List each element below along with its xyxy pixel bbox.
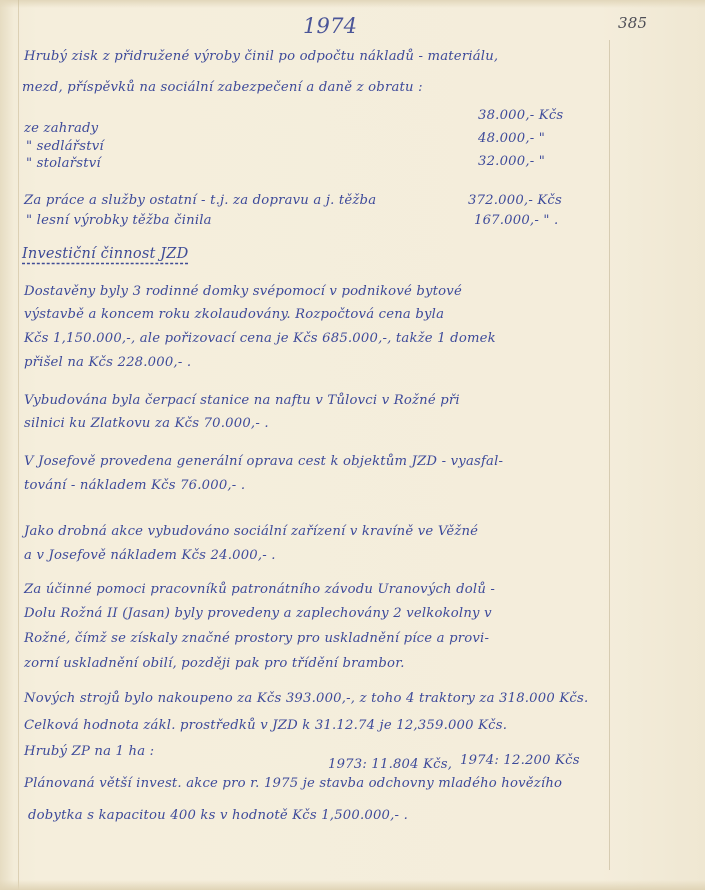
right-margin-rule	[609, 40, 610, 870]
profit-label-joinery: " stolařství	[26, 155, 101, 172]
page-year-heading: 1974	[303, 14, 357, 38]
para-sheds-line-3: Rožné, čímž se získaly značné prostory p…	[24, 630, 489, 647]
para-social-line-2: a v Josefově nákladem Kčs 24.000,- .	[24, 547, 276, 564]
service-label-forestry: " lesní výrobky těžba činila	[26, 212, 212, 229]
section-heading-investment: Investiční činnost JZD	[22, 246, 188, 262]
para-gross-label: Hrubý ZP na 1 ha :	[24, 743, 154, 760]
service-amount-forestry: 167.000,- " .	[474, 212, 558, 229]
para-assets-line: Celková hodnota zákl. prostředků v JZD k…	[24, 717, 507, 734]
para-plan-line-2: dobytka s kapacitou 400 ks v hodnotě Kčs…	[28, 807, 408, 824]
para-houses-line-3: Kčs 1,150.000,-, ale pořizovací cena je …	[24, 330, 496, 347]
profit-label-saddlery: " sedlářství	[26, 138, 104, 155]
para-houses-line-2: výstavbě a koncem roku zkolaudovány. Roz…	[24, 306, 444, 323]
intro-line-2: mezd, příspěvků na sociální zabezpečení …	[22, 79, 423, 96]
left-margin-rule	[18, 0, 19, 890]
gross-per-ha-1974: 1974: 12.200 Kčs	[460, 752, 580, 769]
para-plan-line-1: Plánovaná větší invest. akce pro r. 1975…	[24, 775, 562, 792]
para-roads-line-1: V Josefově provedena generální oprava ce…	[24, 453, 503, 470]
gross-per-ha-1973: 1973: 11.804 Kčs,	[328, 756, 452, 773]
para-sheds-line-4: zorní uskladnění obilí, později pak pro …	[24, 655, 405, 672]
para-fuel-line-1: Vybudována byla čerpací stanice na naftu…	[24, 392, 460, 409]
para-machines-line-1: Nových strojů bylo nakoupeno za Kčs 393.…	[24, 690, 588, 707]
profit-amount-garden: 38.000,- Kčs	[478, 107, 563, 124]
profit-amount-saddlery: 48.000,- "	[478, 130, 545, 147]
para-sheds-line-2: Dolu Rožná II (Jasan) byly provedeny a z…	[24, 605, 492, 622]
intro-line-1: Hrubý zisk z přidružené výroby činil po …	[24, 48, 498, 65]
page-number: 385	[618, 14, 647, 32]
para-sheds-line-1: Za účinné pomoci pracovníků patronátního…	[24, 581, 495, 598]
chronicle-page: 1974 385 Hrubý zisk z přidružené výroby …	[0, 0, 705, 890]
profit-amount-joinery: 32.000,- "	[478, 153, 545, 170]
para-houses-line-4: přišel na Kčs 228.000,- .	[24, 354, 191, 371]
profit-label-garden: ze zahrady	[24, 120, 98, 137]
service-amount-transport: 372.000,- Kčs	[468, 192, 562, 209]
service-label-transport: Za práce a služby ostatní - t.j. za dopr…	[24, 192, 376, 209]
para-social-line-1: Jako drobná akce vybudováno sociální zař…	[24, 523, 478, 540]
para-houses-line-1: Dostavěny byly 3 rodinné domky svépomocí…	[24, 283, 462, 300]
para-fuel-line-2: silnici ku Zlatkovu za Kčs 70.000,- .	[24, 415, 269, 432]
para-roads-line-2: tování - nákladem Kčs 76.000,- .	[24, 477, 245, 494]
